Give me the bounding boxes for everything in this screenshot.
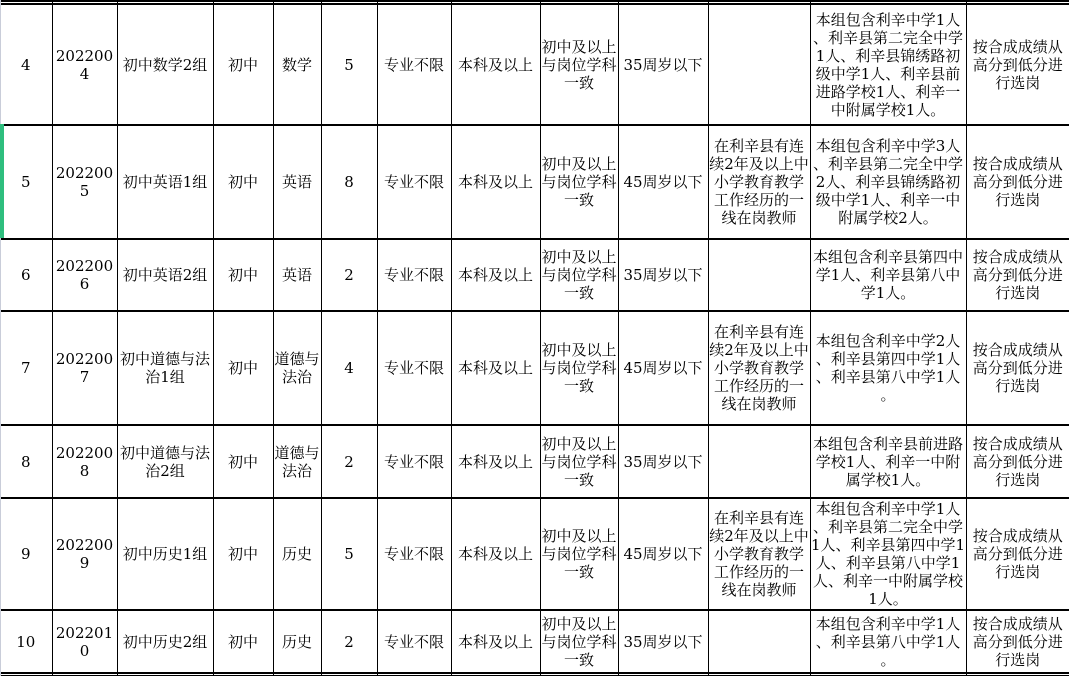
cell-certificate-requirement: 初中及以上与岗位学科一致	[540, 610, 618, 673]
cell-degree-requirement: 本科及以上	[451, 498, 540, 610]
cell-position-code: 2022006	[52, 239, 117, 311]
cell-age-limit: 35周岁以下	[618, 239, 708, 311]
cell-row-number: 6	[0, 239, 52, 311]
cell-subject: 英语	[273, 125, 321, 239]
cell-major-requirement: 专业不限	[377, 125, 451, 239]
table-row: 7 2022007 初中道德与法治1组 初中 道德与法治 4 专业不限 本科及以…	[0, 311, 1069, 425]
cell-school-stage: 初中	[213, 311, 273, 425]
cell-degree-requirement: 本科及以上	[451, 610, 540, 673]
cell-subject: 道德与法治	[273, 311, 321, 425]
cell-school-stage: 初中	[213, 498, 273, 610]
cell-selection-rule: 按合成成绩从高分到低分进行选岗	[966, 610, 1069, 673]
cell-degree-requirement: 本科及以上	[451, 239, 540, 311]
cell-headcount: 5	[321, 498, 377, 610]
cell-row-number: 4	[0, 4, 52, 125]
cell-degree-requirement: 本科及以上	[451, 311, 540, 425]
cell-age-limit: 35周岁以下	[618, 610, 708, 673]
table-row: 9 2022009 初中历史1组 初中 历史 5 专业不限 本科及以上 初中及以…	[0, 498, 1069, 610]
cell-group-note: 本组包含利辛中学1人、利辛县第二完全中学1人、利辛县锦绣路初级中学1人、利辛县前…	[810, 4, 966, 125]
cell-school-stage: 初中	[213, 239, 273, 311]
table-row: 5 2022005 初中英语1组 初中 英语 8 专业不限 本科及以上 初中及以…	[0, 125, 1069, 239]
cell-position-name: 初中历史1组	[117, 498, 213, 610]
cell-headcount: 5	[321, 4, 377, 125]
cell-age-limit: 35周岁以下	[618, 425, 708, 498]
cell-subject: 英语	[273, 239, 321, 311]
cell-group-note: 本组包含利辛中学1人、利辛县第二完全中学1人、利辛县第四中学1人、利辛县第八中学…	[810, 498, 966, 610]
cell-major-requirement: 专业不限	[377, 239, 451, 311]
cell-experience-requirement	[708, 4, 810, 125]
cell-position-code: 2022007	[52, 311, 117, 425]
cell-degree-requirement: 本科及以上	[451, 125, 540, 239]
cell-experience-requirement	[708, 425, 810, 498]
cell-position-code: 2022010	[52, 610, 117, 673]
cell-major-requirement: 专业不限	[377, 311, 451, 425]
cell-selection-rule: 按合成成绩从高分到低分进行选岗	[966, 498, 1069, 610]
row-highlight-bar	[0, 124, 4, 238]
cell-headcount: 4	[321, 311, 377, 425]
cell-row-number: 10	[0, 610, 52, 673]
window-edge-gridline	[0, 0, 1, 676]
cell-certificate-requirement: 初中及以上与岗位学科一致	[540, 125, 618, 239]
cell-experience-requirement: 在利辛县有连续2年及以上中小学教育教学工作经历的一线在岗教师	[708, 498, 810, 610]
cell-position-name: 初中英语1组	[117, 125, 213, 239]
cell-certificate-requirement: 初中及以上与岗位学科一致	[540, 4, 618, 125]
cell-experience-requirement	[708, 610, 810, 673]
cell-selection-rule: 按合成成绩从高分到低分进行选岗	[966, 311, 1069, 425]
cell-age-limit: 45周岁以下	[618, 498, 708, 610]
cell-position-code: 2022008	[52, 425, 117, 498]
cell-position-name: 初中数学2组	[117, 4, 213, 125]
cell-selection-rule: 按合成成绩从高分到低分进行选岗	[966, 425, 1069, 498]
cell-major-requirement: 专业不限	[377, 425, 451, 498]
cell-position-name: 初中道德与法治1组	[117, 311, 213, 425]
cell-group-note: 本组包含利辛中学1人、利辛县第八中学1人。	[810, 610, 966, 673]
cell-group-note: 本组包含利辛县前进路学校1人、利辛一中附属学校1人。	[810, 425, 966, 498]
table-row: 4 2022004 初中数学2组 初中 数学 5 专业不限 本科及以上 初中及以…	[0, 4, 1069, 125]
cell-major-requirement: 专业不限	[377, 4, 451, 125]
cell-headcount: 2	[321, 425, 377, 498]
cell-row-number: 7	[0, 311, 52, 425]
cell-selection-rule: 按合成成绩从高分到低分进行选岗	[966, 4, 1069, 125]
cell-position-code: 2022009	[52, 498, 117, 610]
cell-degree-requirement: 本科及以上	[451, 4, 540, 125]
table-row: 6 2022006 初中英语2组 初中 英语 2 专业不限 本科及以上 初中及以…	[0, 239, 1069, 311]
cell-major-requirement: 专业不限	[377, 610, 451, 673]
cell-experience-requirement	[708, 239, 810, 311]
cell-row-number: 9	[0, 498, 52, 610]
cell-group-note: 本组包含利辛中学2人、利辛县第四中学1人、利辛县第八中学1人。	[810, 311, 966, 425]
cell-school-stage: 初中	[213, 4, 273, 125]
cell-position-code: 2022004	[52, 4, 117, 125]
cell-headcount: 2	[321, 239, 377, 311]
cell-school-stage: 初中	[213, 610, 273, 673]
cell-group-note: 本组包含利辛县第四中学1人、利辛县第八中学1人。	[810, 239, 966, 311]
cell-group-note: 本组包含利辛中学3人、利辛县第二完全中学2人、利辛县锦绣路初级中学1人、利辛一中…	[810, 125, 966, 239]
cell-position-code: 2022005	[52, 125, 117, 239]
cell-row-number: 5	[0, 125, 52, 239]
cell-experience-requirement: 在利辛县有连续2年及以上中小学教育教学工作经历的一线在岗教师	[708, 311, 810, 425]
cell-subject: 历史	[273, 498, 321, 610]
cell-subject: 数学	[273, 4, 321, 125]
cell-subject: 道德与法治	[273, 425, 321, 498]
cell-age-limit: 35周岁以下	[618, 4, 708, 125]
cell-age-limit: 45周岁以下	[618, 311, 708, 425]
cell-certificate-requirement: 初中及以上与岗位学科一致	[540, 425, 618, 498]
cell-subject: 历史	[273, 610, 321, 673]
cell-experience-requirement: 在利辛县有连续2年及以上中小学教育教学工作经历的一线在岗教师	[708, 125, 810, 239]
table-row: 10 2022010 初中历史2组 初中 历史 2 专业不限 本科及以上 初中及…	[0, 610, 1069, 673]
cell-certificate-requirement: 初中及以上与岗位学科一致	[540, 498, 618, 610]
cell-position-name: 初中历史2组	[117, 610, 213, 673]
cell-school-stage: 初中	[213, 125, 273, 239]
cell-major-requirement: 专业不限	[377, 498, 451, 610]
recruitment-table-page: 4 2022004 初中数学2组 初中 数学 5 专业不限 本科及以上 初中及以…	[0, 0, 1069, 676]
cell-degree-requirement: 本科及以上	[451, 425, 540, 498]
cell-selection-rule: 按合成成绩从高分到低分进行选岗	[966, 239, 1069, 311]
cell-certificate-requirement: 初中及以上与岗位学科一致	[540, 239, 618, 311]
job-positions-table: 4 2022004 初中数学2组 初中 数学 5 专业不限 本科及以上 初中及以…	[0, 0, 1069, 676]
cell-school-stage: 初中	[213, 425, 273, 498]
cell-row-number: 8	[0, 425, 52, 498]
cell-position-name: 初中道德与法治2组	[117, 425, 213, 498]
cell-headcount: 2	[321, 610, 377, 673]
table-row: 8 2022008 初中道德与法治2组 初中 道德与法治 2 专业不限 本科及以…	[0, 425, 1069, 498]
cell-certificate-requirement: 初中及以上与岗位学科一致	[540, 311, 618, 425]
cell-position-name: 初中英语2组	[117, 239, 213, 311]
cell-age-limit: 45周岁以下	[618, 125, 708, 239]
cell-headcount: 8	[321, 125, 377, 239]
cell-selection-rule: 按合成成绩从高分到低分进行选岗	[966, 125, 1069, 239]
